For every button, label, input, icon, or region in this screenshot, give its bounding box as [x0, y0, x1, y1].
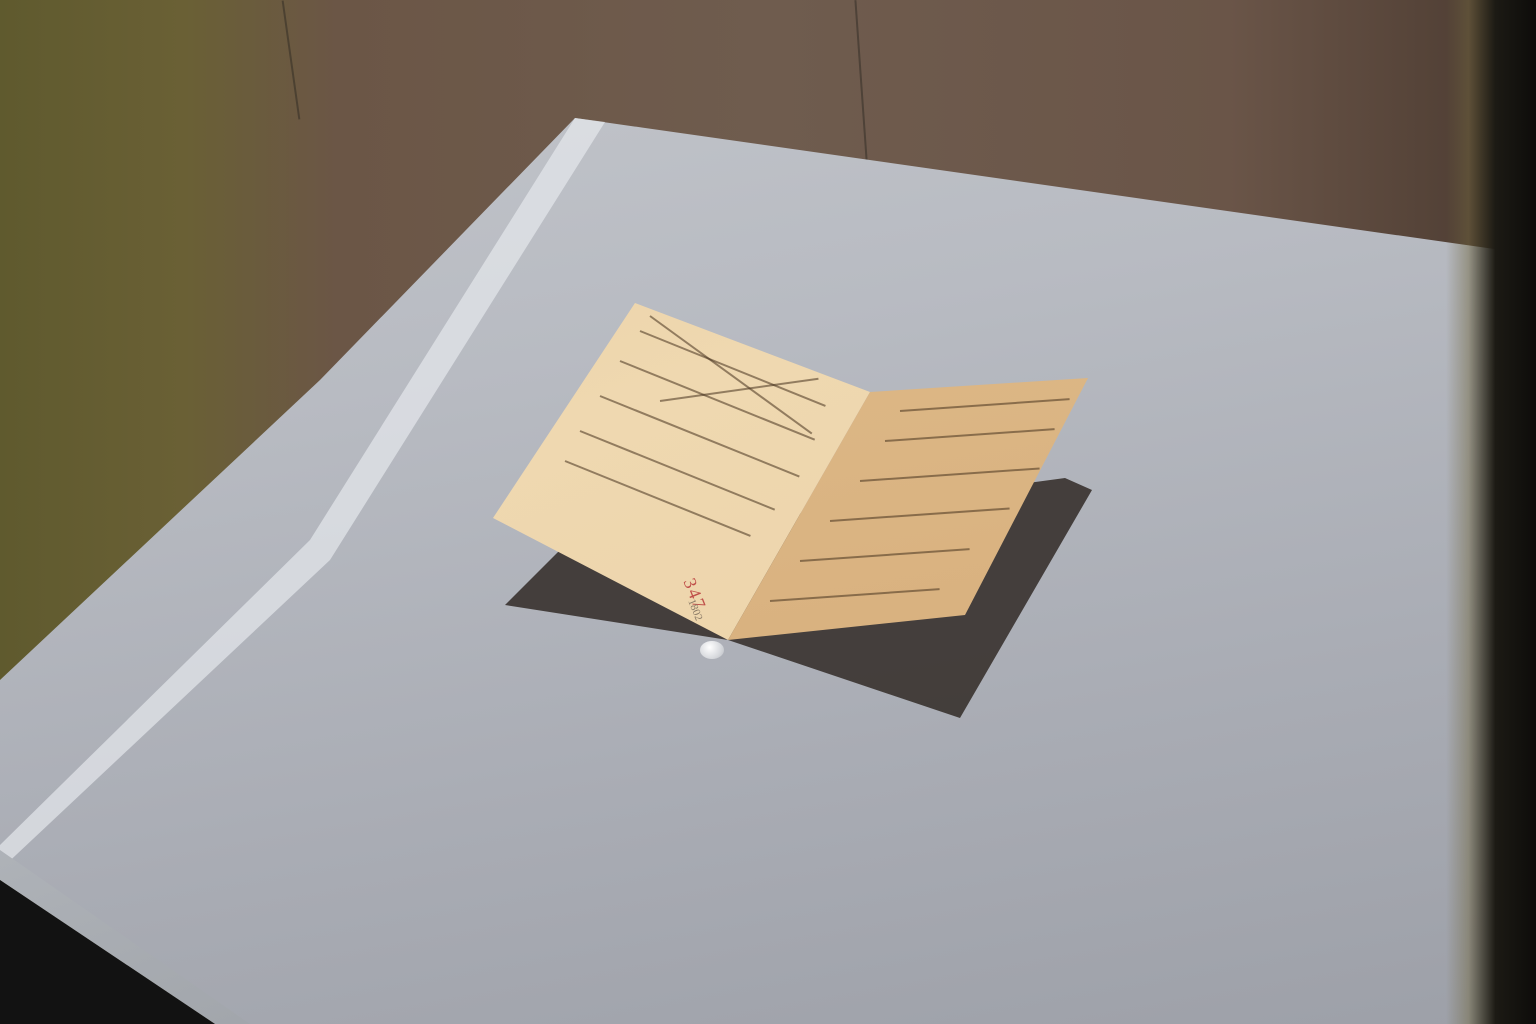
display-case-right-frame [1446, 0, 1536, 1024]
wall-seam [282, 0, 301, 119]
wall-seam [854, 0, 867, 160]
mount-pin [700, 641, 724, 659]
photo-scene: 347 1802 [0, 0, 1536, 1024]
